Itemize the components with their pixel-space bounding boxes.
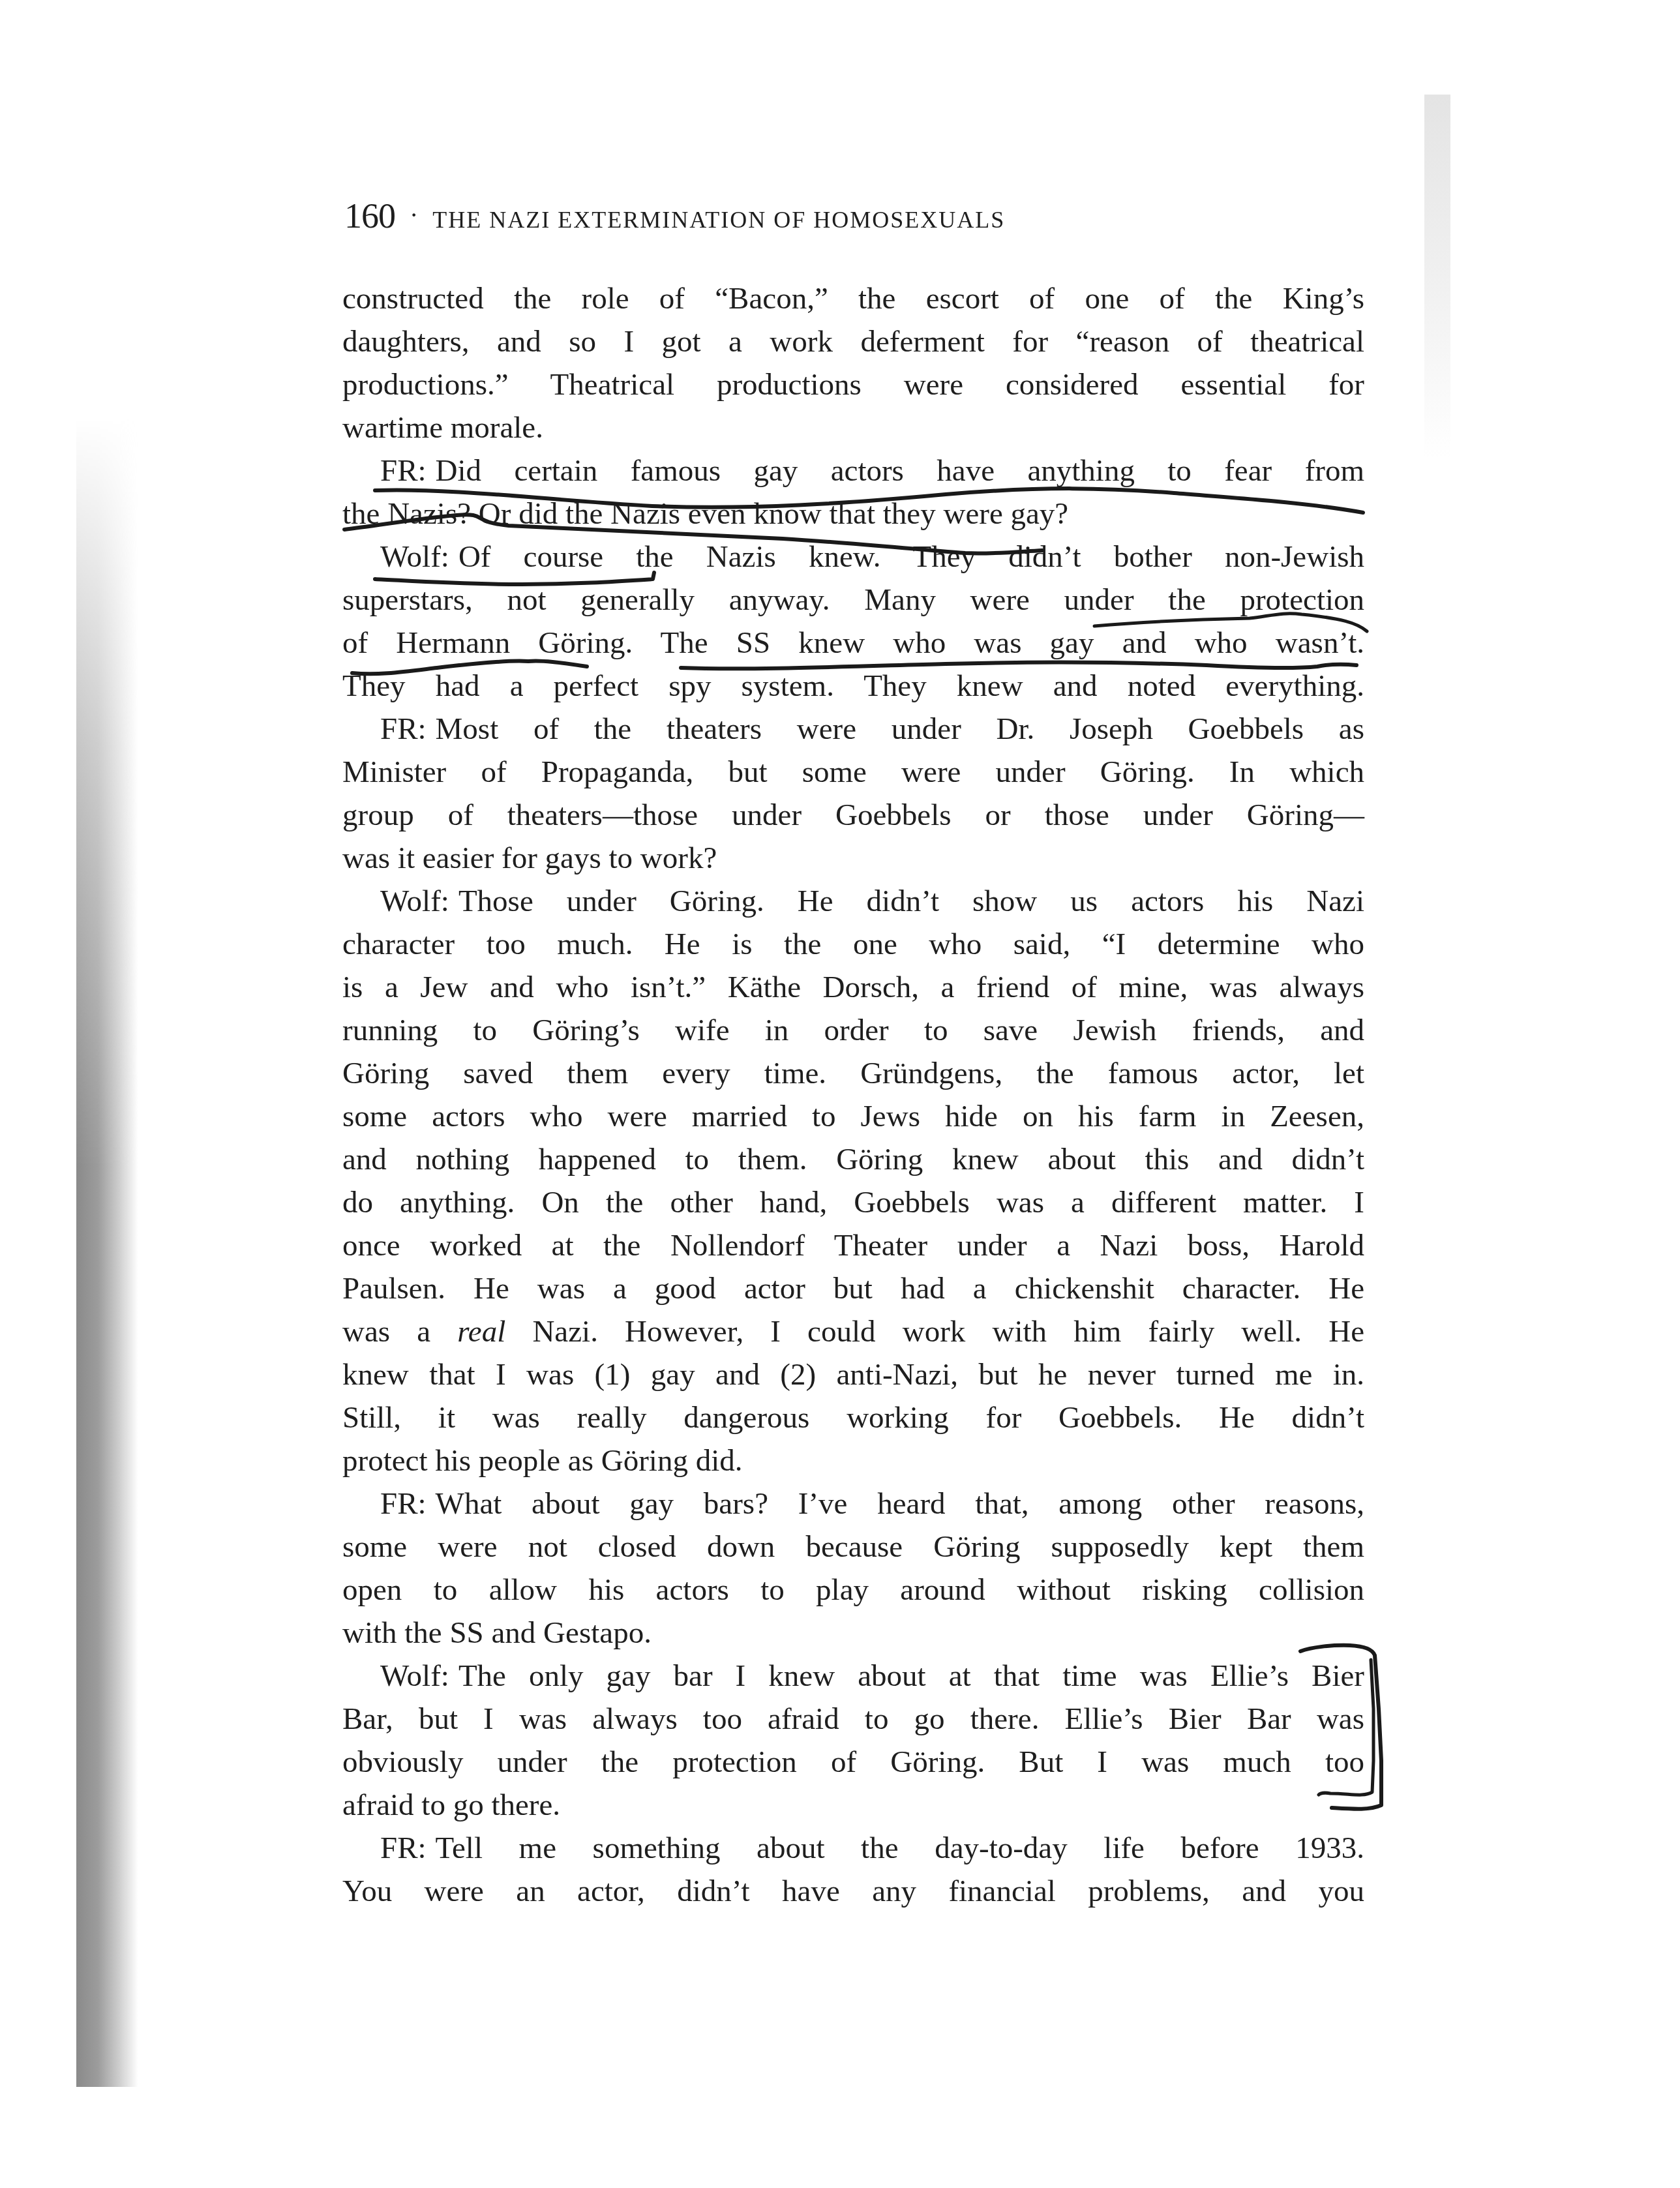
line-text: and nothing happened to them. Göring kne… <box>342 1143 1364 1176</box>
text-line: Still, it was really dangerous working f… <box>342 1400 1364 1436</box>
line-text: productions.” Theatrical productions wer… <box>342 368 1364 402</box>
text-line: superstars, not generally anyway. Many w… <box>342 582 1364 618</box>
line-text: wartime morale. <box>342 411 543 445</box>
text-line: They had a perfect spy system. They knew… <box>342 668 1364 704</box>
text-line: constructed the role of “Bacon,” the esc… <box>342 280 1364 317</box>
line-text: is a Jew and who isn’t.” Käthe Dorsch, a… <box>342 970 1364 1004</box>
dialogue-line-fr: FR:Tell me something about the day-to-da… <box>342 1830 1364 1866</box>
text-line: productions.” Theatrical productions wer… <box>342 367 1364 403</box>
text-line: Minister of Propaganda, but some were un… <box>342 754 1364 790</box>
line-text: some were not closed down because Göring… <box>342 1530 1364 1564</box>
line-text: was it easier for gays to work? <box>342 841 717 875</box>
line-text: Minister of Propaganda, but some were un… <box>342 755 1364 789</box>
line-text: once worked at the Nollendorf Theater un… <box>342 1229 1364 1263</box>
text-line: Bar, but I was always too afraid to go t… <box>342 1701 1364 1737</box>
text-line: of Hermann Göring. The SS knew who was g… <box>342 625 1364 661</box>
line-text: Göring saved them every time. Gründgens,… <box>342 1057 1364 1090</box>
line-text: Tell me something about the day-to-day l… <box>436 1831 1364 1865</box>
speaker-label: FR: <box>380 1831 427 1865</box>
dialogue-line-fr: FR:Most of the theaters were under Dr. J… <box>342 711 1364 747</box>
line-text: character too much. He is the one who sa… <box>342 927 1364 961</box>
text-line: with the SS and Gestapo. <box>342 1615 1364 1651</box>
text-line: open to allow his actors to play around … <box>342 1572 1364 1608</box>
line-text: Bar, but I was always too afraid to go t… <box>342 1702 1364 1736</box>
text-line: once worked at the Nollendorf Theater un… <box>342 1227 1364 1264</box>
text-line: protect his people as Göring did. <box>342 1443 1364 1479</box>
text-segment: was a <box>342 1315 457 1349</box>
line-text: obviously under the protection of Göring… <box>342 1745 1364 1779</box>
line-text: afraid to go there. <box>342 1788 560 1822</box>
italic-emphasis: real <box>457 1315 505 1349</box>
line-text: of Hermann Göring. The SS knew who was g… <box>342 626 1364 660</box>
dialogue-line-wolf: Wolf:Of course the Nazis knew. They didn… <box>342 539 1364 575</box>
line-text: They had a perfect spy system. They knew… <box>342 669 1364 703</box>
text-line: was a real Nazi. However, I could work w… <box>342 1313 1364 1350</box>
line-text: Still, it was really dangerous working f… <box>342 1401 1364 1435</box>
text-line: You were an actor, didn’t have any finan… <box>342 1873 1364 1910</box>
binding-shadow-left <box>76 417 138 2087</box>
line-text: the Nazis? Or did the Nazis even know th… <box>342 497 1068 531</box>
text-line: running to Göring’s wife in order to sav… <box>342 1012 1364 1049</box>
line-text: do anything. On the other hand, Goebbels… <box>342 1186 1364 1220</box>
speaker-label: Wolf: <box>380 540 449 574</box>
speaker-label: FR: <box>380 712 427 746</box>
text-line: wartime morale. <box>342 410 1364 446</box>
line-text: Paulsen. He was a good actor but had a c… <box>342 1272 1364 1306</box>
line-text: The only gay bar I knew about at that ti… <box>458 1659 1364 1693</box>
line-text: You were an actor, didn’t have any finan… <box>342 1874 1364 1908</box>
speaker-label: Wolf: <box>380 884 449 918</box>
speaker-label: FR: <box>380 1487 427 1521</box>
dialogue-line-fr: FR:What about gay bars? I’ve heard that,… <box>342 1486 1364 1522</box>
text-line: obviously under the protection of Göring… <box>342 1744 1364 1780</box>
page-number: 160 <box>344 196 395 235</box>
running-title: THE NAZI EXTERMINATION OF HOMOSEXUALS <box>432 207 1005 233</box>
line-text: open to allow his actors to play around … <box>342 1573 1364 1607</box>
dialogue-line-fr: FR:Did certain famous gay actors have an… <box>342 453 1364 489</box>
text-line: some were not closed down because Göring… <box>342 1529 1364 1565</box>
header-separator: · <box>410 200 418 230</box>
line-text: running to Göring’s wife in order to sav… <box>342 1013 1364 1047</box>
line-text: protect his people as Göring did. <box>342 1444 742 1478</box>
text-line: Paulsen. He was a good actor but had a c… <box>342 1270 1364 1307</box>
line-text: group of theaters—those under Goebbels o… <box>342 798 1364 832</box>
text-line: group of theaters—those under Goebbels o… <box>342 797 1364 833</box>
text-line: and nothing happened to them. Göring kne… <box>342 1141 1364 1178</box>
line-text: What about gay bars? I’ve heard that, am… <box>436 1487 1364 1521</box>
running-header: 160·THE NAZI EXTERMINATION OF HOMOSEXUAL… <box>344 196 1005 236</box>
line-text: daughters, and so I got a work deferment… <box>342 325 1364 359</box>
line-text: superstars, not generally anyway. Many w… <box>342 583 1364 617</box>
line-text: Of course the Nazis knew. They didn’t bo… <box>458 540 1364 574</box>
text-line: Göring saved them every time. Gründgens,… <box>342 1055 1364 1092</box>
scan-shadow-right <box>1424 95 1450 460</box>
line-text: Did certain famous gay actors have anyth… <box>436 454 1364 488</box>
line-text: constructed the role of “Bacon,” the esc… <box>342 282 1364 316</box>
text-line: the Nazis? Or did the Nazis even know th… <box>342 496 1364 532</box>
speaker-label: FR: <box>380 454 427 488</box>
text-line: daughters, and so I got a work deferment… <box>342 323 1364 360</box>
text-line: is a Jew and who isn’t.” Käthe Dorsch, a… <box>342 969 1364 1006</box>
line-text: Those under Göring. He didn’t show us ac… <box>458 884 1364 918</box>
dialogue-line-wolf: Wolf:The only gay bar I knew about at th… <box>342 1658 1364 1694</box>
dialogue-line-wolf: Wolf:Those under Göring. He didn’t show … <box>342 883 1364 920</box>
line-text: some actors who were married to Jews hid… <box>342 1100 1364 1133</box>
line-text: Most of the theaters were under Dr. Jose… <box>436 712 1364 746</box>
text-line: afraid to go there. <box>342 1787 1364 1823</box>
text-line: character too much. He is the one who sa… <box>342 926 1364 963</box>
text-line: was it easier for gays to work? <box>342 840 1364 877</box>
line-text: Nazi. However, I could work with him fai… <box>505 1315 1364 1349</box>
text-line: some actors who were married to Jews hid… <box>342 1098 1364 1135</box>
speaker-label: Wolf: <box>380 1659 449 1693</box>
text-line: knew that I was (1) gay and (2) anti-Naz… <box>342 1356 1364 1393</box>
line-text: with the SS and Gestapo. <box>342 1616 652 1650</box>
text-line: do anything. On the other hand, Goebbels… <box>342 1184 1364 1221</box>
line-text: knew that I was (1) gay and (2) anti-Naz… <box>342 1358 1364 1392</box>
